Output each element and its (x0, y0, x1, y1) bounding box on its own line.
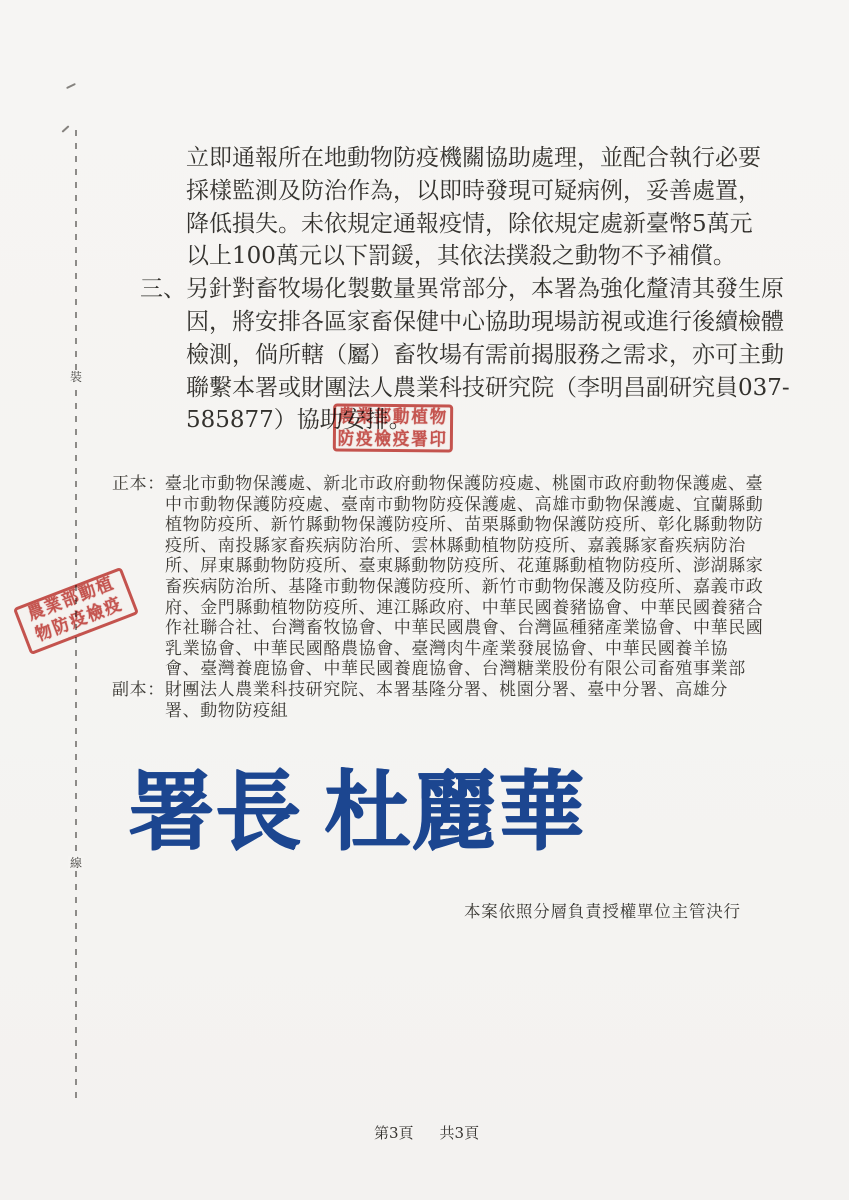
recipients-block: 正本：臺北市動物保護處、新北市政府動物保護防疫處、桃園市政府動物保護處、臺 中市… (112, 474, 792, 721)
signature-name: 杜麗華 (324, 761, 585, 862)
authorization-note: 本案依照分層負責授權單位主管決行 (464, 898, 741, 922)
copy-recipients-label: 副本： (112, 680, 165, 700)
body-line: 降低損失。未依規定通報疫情，除依規定處新臺幣5萬元 (140, 208, 800, 241)
body-line: 另針對畜牧場化製數量異常部分，本署為強化釐清其發生原 (186, 276, 784, 302)
binding-char-zhuang: 裝 (68, 370, 84, 384)
body-line: 檢測，倘所轄（屬）畜牧場有需前揭服務之需求，亦可主動 (140, 339, 800, 372)
page-footer: 第3頁共3頁 (374, 1122, 479, 1143)
primary-recipients-line: 正本：臺北市動物保護處、新北市政府動物保護防疫處、桃園市政府動物保護處、臺 (112, 474, 792, 495)
primary-recipients-line: 府、金門縣動植物防疫所、連江縣政府、中華民國養豬協會、中華民國養豬合 (112, 598, 792, 619)
document-body: 立即通報所在地動物防疫機關協助處理，並配合執行必要 採樣監測及防治作為，以即時發… (140, 142, 800, 437)
binding-char-xian: 線 (68, 856, 84, 870)
body-line: 立即通報所在地動物防疫機關協助處理，並配合執行必要 (140, 142, 800, 175)
primary-recipients-line: 畜疾病防治所、基隆市動物保護防疫所、新竹市動物保護及防疫所、嘉義市政 (112, 577, 792, 598)
primary-recipients-line: 乳業協會、中華民國酪農協會、臺灣肉牛產業發展協會、中華民國養羊協 (112, 639, 792, 660)
primary-recipients-line: 植物防疫所、新竹縣動物保護防疫所、苗栗縣動物保護防疫所、彰化縣動物防 (112, 515, 792, 536)
primary-recipients-line: 會、臺灣養鹿協會、中華民國養鹿協會、台灣糖業股份有限公司畜殖事業部 (112, 659, 792, 680)
pen-mark (61, 125, 69, 133)
body-line: 採樣監測及防治作為，以即時發現可疑病例，妥善處置， (140, 175, 800, 208)
scanned-document-page: 裝 線 立即通報所在地動物防疫機關協助處理，並配合執行必要 採樣監測及防治作為，… (0, 0, 849, 1200)
page-number: 第3頁 (374, 1124, 414, 1142)
signature-title: 署長 (128, 761, 302, 862)
recipients-text: 臺北市動物保護處、新北市政府動物保護防疫處、桃園市政府動物保護處、臺 (165, 474, 763, 494)
agency-seal-text: 農業部動植物防疫檢疫署印 (335, 404, 452, 452)
body-line: 聯繫本署或財團法人農業科技研究院（李明昌副研究員037- (140, 372, 800, 405)
primary-recipients-label: 正本： (112, 474, 165, 494)
body-line-item3: 三、另針對畜牧場化製數量異常部分，本署為強化釐清其發生原 (140, 273, 800, 306)
copy-recipients-line: 署、動物防疫組 (112, 701, 792, 722)
body-line: 585877）協助安排。 (140, 404, 800, 437)
director-signature: 署長杜麗華 (128, 742, 585, 866)
page-total: 共3頁 (440, 1124, 480, 1142)
primary-recipients-line: 所、屏東縣動物防疫所、臺東縣動物防疫所、花蓮縣動植物防疫所、澎湖縣家 (112, 556, 792, 577)
agency-seal-stamp: 農業部動植物防疫檢疫署印 (333, 403, 453, 452)
body-line: 因，將安排各區家畜保健中心協助現場訪視或進行後續檢體 (140, 306, 800, 339)
item3-marker: 三、 (140, 276, 186, 302)
primary-recipients-line: 疫所、南投縣家畜疾病防治所、雲林縣動植物防疫所、嘉義縣家畜疾病防治 (112, 536, 792, 557)
copy-recipients-line: 副本：財團法人農業科技研究院、本署基隆分署、桃園分署、臺中分署、高雄分 (112, 680, 792, 701)
primary-recipients-line: 中市動物保護防疫處、臺南市動物防疫保護處、高雄市動物保護處、宜蘭縣動 (112, 495, 792, 516)
body-line: 以上100萬元以下罰鍰，其依法撲殺之動物不予補償。 (140, 240, 800, 273)
pen-mark (66, 83, 76, 89)
recipients-text: 財團法人農業科技研究院、本署基隆分署、桃園分署、臺中分署、高雄分 (165, 680, 728, 700)
primary-recipients-line: 作社聯合社、台灣畜牧協會、中華民國農會、台灣區種豬產業協會、中華民國 (112, 618, 792, 639)
